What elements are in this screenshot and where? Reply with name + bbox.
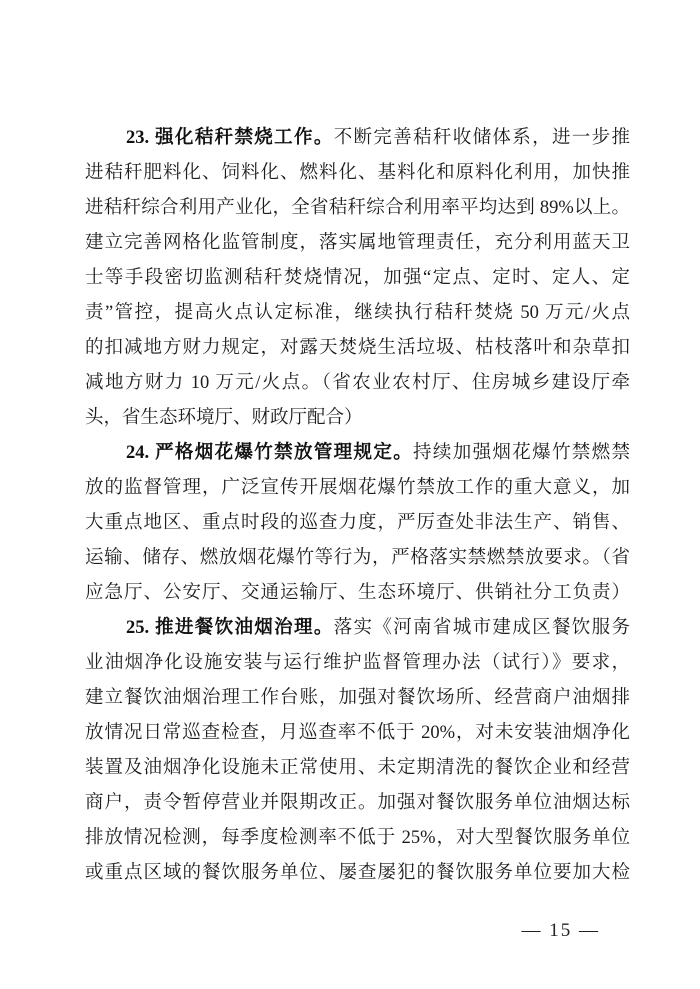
text-line: 24. 严格烟花爆竹禁放管理规定。持续加强烟花爆竹禁燃禁 xyxy=(85,436,630,471)
paragraph-heading: 24. 严格烟花爆竹禁放管理规定。 xyxy=(126,443,413,463)
page-footer: — 15 — xyxy=(495,886,601,916)
paragraph-text: 持续加强烟花爆竹禁燃禁 xyxy=(413,443,630,463)
text-line: 应急厅、公安厅、交通运输厅、生态环境厅、供销社分工负责） xyxy=(85,576,630,611)
paragraph-text: 士等手段密切监测秸秆焚烧情况，加强“定点、定时、定人、定 xyxy=(85,268,630,288)
text-line: 排放情况检测，每季度检测率不低于 25%，对大型餐饮服务单位 xyxy=(85,821,630,856)
paragraph-text: 业油烟净化设施安装与运行维护监督管理办法（试行）》要求， xyxy=(85,653,630,673)
paragraph-text: 排放情况检测，每季度检测率不低于 25%，对大型餐饮服务单位 xyxy=(85,828,630,848)
text-line: 的扣减地方财力规定，对露天焚烧生活垃圾、枯枝落叶和杂草扣 xyxy=(85,331,630,366)
paragraph-text: 进秸秆综合利用产业化，全省秸秆综合利用率平均达到 89%以上。 xyxy=(85,198,630,218)
text-line: 进秸秆综合利用产业化，全省秸秆综合利用率平均达到 89%以上。 xyxy=(85,191,630,226)
paragraph-text: 大重点地区、重点时段的巡查力度，严厉查处非法生产、销售、 xyxy=(85,513,630,533)
paragraph-text: 减地方财力 10 万元/火点。（省农业农村厅、住房城乡建设厅牵 xyxy=(85,373,630,393)
paragraph-text: 不断完善秸秆收储体系，进一步推 xyxy=(334,128,630,148)
text-line: 进秸秆肥料化、饲料化、燃料化、基料化和原料化利用，加快推 xyxy=(85,156,630,191)
paragraph-text: 责”管控，提高火点认定标准，继续执行秸秆焚烧 50 万元/火点 xyxy=(85,303,630,323)
paragraph-text: 放情况日常巡查检查，月巡查率不低于 20%，对未安装油烟净化 xyxy=(85,723,630,743)
paragraph-text: 的扣减地方财力规定，对露天焚烧生活垃圾、枯枝落叶和杂草扣 xyxy=(85,338,630,358)
text-line: 装置及油烟净化设施未正常使用、未定期清洗的餐饮企业和经营 xyxy=(85,751,630,786)
text-line: 放情况日常巡查检查，月巡查率不低于 20%，对未安装油烟净化 xyxy=(85,716,630,751)
text-line: 建立餐饮油烟治理工作台账，加强对餐饮场所、经营商户油烟排 xyxy=(85,681,630,716)
text-line: 运输、储存、燃放烟花爆竹等行为，严格落实禁燃禁放要求。（省 xyxy=(85,541,630,576)
text-line: 士等手段密切监测秸秆焚烧情况，加强“定点、定时、定人、定 xyxy=(85,261,630,296)
paragraph-text: 运输、储存、燃放烟花爆竹等行为，严格落实禁燃禁放要求。（省 xyxy=(85,548,630,568)
text-line: 责”管控，提高火点认定标准，继续执行秸秆焚烧 50 万元/火点 xyxy=(85,296,630,331)
paragraph-text: 装置及油烟净化设施未正常使用、未定期清洗的餐饮企业和经营 xyxy=(85,758,630,778)
text-line: 建立完善网格化监管制度，落实属地管理责任，充分利用蓝天卫 xyxy=(85,226,630,261)
document-body: 23. 强化秸秆禁烧工作。不断完善秸秆收储体系，进一步推进秸秆肥料化、饲料化、燃… xyxy=(85,121,630,891)
text-line: 头，省生态环境厅、财政厅配合） xyxy=(85,401,630,436)
paragraph-text: 放的监督管理，广泛宣传开展烟花爆竹禁放工作的重大意义，加 xyxy=(85,478,630,498)
text-line: 减地方财力 10 万元/火点。（省农业农村厅、住房城乡建设厅牵 xyxy=(85,366,630,401)
paragraph-text: 落实《河南省城市建成区餐饮服务 xyxy=(334,618,630,638)
text-line: 放的监督管理，广泛宣传开展烟花爆竹禁放工作的重大意义，加 xyxy=(85,471,630,506)
text-line: 23. 强化秸秆禁烧工作。不断完善秸秆收储体系，进一步推 xyxy=(85,121,630,156)
document-page: 23. 强化秸秆禁烧工作。不断完善秸秆收储体系，进一步推进秸秆肥料化、饲料化、燃… xyxy=(0,0,700,989)
paragraph-text: 建立完善网格化监管制度，落实属地管理责任，充分利用蓝天卫 xyxy=(85,233,630,253)
paragraph-text: 建立餐饮油烟治理工作台账，加强对餐饮场所、经营商户油烟排 xyxy=(85,688,630,708)
paragraph-text: 或重点区域的餐饮服务单位、屡查屡犯的餐饮服务单位要加大检 xyxy=(85,863,630,883)
paragraph-text: 应急厅、公安厅、交通运输厅、生态环境厅、供销社分工负责） xyxy=(85,583,630,603)
paragraph-heading: 23. 强化秸秆禁烧工作。 xyxy=(126,128,334,148)
paragraph-text: 商户，责令暂停营业并限期改正。加强对餐饮服务单位油烟达标 xyxy=(85,793,630,813)
text-line: 25. 推进餐饮油烟治理。落实《河南省城市建成区餐饮服务 xyxy=(85,611,630,646)
text-line: 业油烟净化设施安装与运行维护监督管理办法（试行）》要求， xyxy=(85,646,630,681)
paragraph-heading: 25. 推进餐饮油烟治理。 xyxy=(126,618,334,638)
paragraph-text: 进秸秆肥料化、饲料化、燃料化、基料化和原料化利用，加快推 xyxy=(85,163,630,183)
text-line: 商户，责令暂停营业并限期改正。加强对餐饮服务单位油烟达标 xyxy=(85,786,630,821)
text-line: 大重点地区、重点时段的巡查力度，严厉查处非法生产、销售、 xyxy=(85,506,630,541)
paragraph-text: 头，省生态环境厅、财政厅配合） xyxy=(85,408,363,428)
page-number: — 15 — xyxy=(522,920,601,941)
